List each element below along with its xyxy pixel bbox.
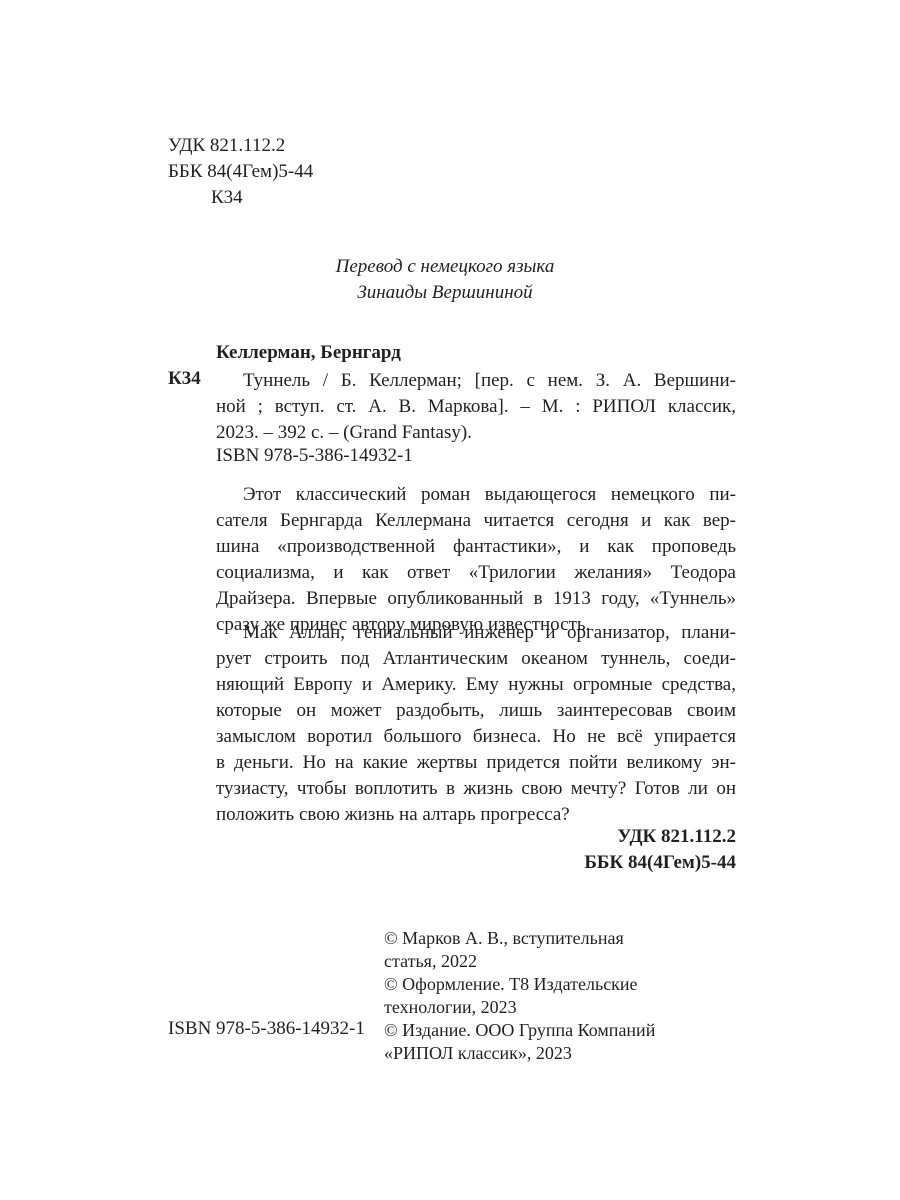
copyright-block: © Марков А. В., вступительная статья, 20… xyxy=(384,927,655,1065)
text-line: в деньги. Но на какие жертвы придется по… xyxy=(216,750,736,776)
author-heading: Келлерман, Бернгард xyxy=(216,342,401,364)
isbn-catalog: ISBN 978-5-386-14932-1 xyxy=(216,445,413,467)
copyright-line: © Издание. ООО Группа Компаний xyxy=(384,1019,655,1042)
bbk-code-bold: ББК 84(4Гем)5-44 xyxy=(584,850,736,876)
translation-note: Перевод с немецкого языка Зинаиды Вершин… xyxy=(300,254,590,306)
library-codes-bottom: УДК 821.112.2 ББК 84(4Гем)5-44 xyxy=(584,824,736,876)
text-line: замыслом воротил большого бизнеса. Но не… xyxy=(216,724,736,750)
biblio-line: 2023. – 392 с. – (Grand Fantasy). xyxy=(216,420,736,446)
copyright-line: «РИПОЛ классик», 2023 xyxy=(384,1042,655,1065)
text-line: которые он может раздобыть, лишь заинтер… xyxy=(216,698,736,724)
text-line: Этот классический роман выдающегося неме… xyxy=(216,482,736,508)
text-line: рует строить под Атлантическим океаном т… xyxy=(216,646,736,672)
copyright-line: технологии, 2023 xyxy=(384,996,655,1019)
copyright-line: статья, 2022 xyxy=(384,950,655,973)
annotation-paragraph-1: Этот классический роман выдающегося неме… xyxy=(216,482,736,638)
biblio-line: Туннель / Б. Келлерман; [пер. с нем. З. … xyxy=(216,368,736,394)
biblio-line: ной ; вступ. ст. А. В. Маркова]. – М. : … xyxy=(216,394,736,420)
isbn-bottom: ISBN 978-5-386-14932-1 xyxy=(168,1018,365,1040)
copyright-line: © Марков А. В., вступительная xyxy=(384,927,655,950)
translation-line-1: Перевод с немецкого языка xyxy=(300,254,590,280)
text-line: няющий Европу и Америку. Ему нужны огром… xyxy=(216,672,736,698)
annotation-paragraph-2: Мак Аллан, гениальный инженер и организа… xyxy=(216,620,736,828)
library-codes-top: УДК 821.112.2 ББК 84(4Гем)5-44 К34 xyxy=(168,133,313,211)
text-line: сателя Бернгарда Келлермана читается сег… xyxy=(216,508,736,534)
text-line: тузиасту, чтобы воплотить в жизнь свою м… xyxy=(216,776,736,802)
udk-code: УДК 821.112.2 xyxy=(168,133,313,159)
text-line: социализма, и как ответ «Трилогии желани… xyxy=(216,560,736,586)
translation-line-2: Зинаиды Вершининой xyxy=(300,280,590,306)
bbk-code: ББК 84(4Гем)5-44 xyxy=(168,159,313,185)
author-sign: К34 xyxy=(168,185,313,211)
author-sign-bold: К34 xyxy=(168,368,201,390)
text-line: шина «производственной фантастики», и ка… xyxy=(216,534,736,560)
udk-code-bold: УДК 821.112.2 xyxy=(584,824,736,850)
copyright-line: © Оформление. Т8 Издательские xyxy=(384,973,655,996)
bibliographic-description: Туннель / Б. Келлерман; [пер. с нем. З. … xyxy=(216,368,736,446)
text-line: Драйзера. Впервые опубликованный в 1913 … xyxy=(216,586,736,612)
text-line: Мак Аллан, гениальный инженер и организа… xyxy=(216,620,736,646)
